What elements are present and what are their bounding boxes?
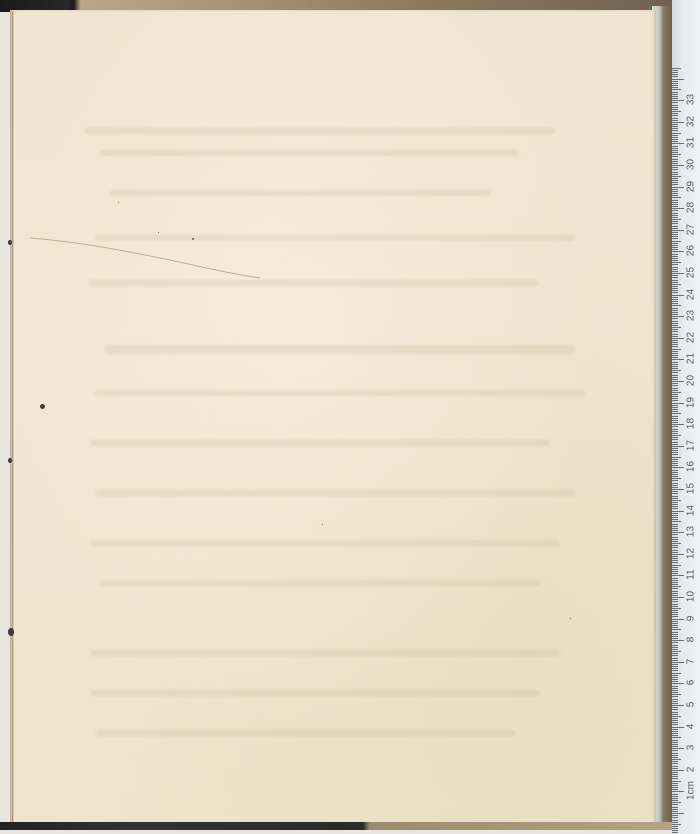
ruler-tick (672, 148, 678, 149)
ruler-tick (672, 783, 678, 784)
ruler-tick (672, 420, 678, 421)
ruler-tick (672, 405, 678, 406)
gutter-fold-line (12, 12, 13, 824)
ruler-label: 5 (686, 697, 697, 713)
ruler-tick (672, 740, 678, 741)
ruler-tick (672, 625, 678, 626)
ruler-label: 29 (686, 178, 697, 194)
ruler-tick (672, 532, 684, 533)
ruler-label: 23 (686, 308, 697, 324)
ruler-tick (672, 791, 684, 792)
ruler-tick (672, 284, 681, 285)
ruler-tick (672, 141, 678, 142)
ruler-tick (672, 670, 678, 671)
ruler-tick (672, 431, 678, 432)
ruler-tick (672, 411, 678, 412)
ruler-tick (672, 316, 684, 317)
ruler-tick (672, 325, 678, 326)
ruler-tick (672, 802, 681, 803)
ruler-tick (672, 299, 678, 300)
ruler-tick (672, 124, 678, 125)
ruler-tick (672, 271, 678, 272)
ruler-tick (672, 457, 681, 458)
ruler-tick (672, 273, 684, 274)
ruler-tick (672, 623, 678, 624)
ruler-tick (672, 396, 678, 397)
ruler-tick (672, 627, 678, 628)
ruler-label: 20 (686, 373, 697, 389)
ruler-tick (672, 424, 684, 425)
ruler-tick (672, 429, 678, 430)
ruler-tick (672, 362, 678, 363)
ruler-tick (672, 182, 678, 183)
ruler-tick (672, 392, 681, 393)
ruler-tick (672, 269, 678, 270)
ruler-tick (672, 275, 678, 276)
ruler-tick (672, 761, 678, 762)
ruler-tick (672, 353, 678, 354)
ruler-tick (672, 113, 678, 114)
ruler-tick (672, 305, 681, 306)
ruler-tick (672, 515, 678, 516)
ruler-tick (672, 254, 678, 255)
ruler-tick (672, 470, 678, 471)
ruler-tick (672, 608, 681, 609)
ruler-tick (672, 694, 681, 695)
ruler-tick (672, 524, 678, 525)
ruler-tick (672, 673, 681, 674)
ruler-tick (672, 662, 684, 663)
ruler-tick (672, 822, 678, 823)
ruler-label: 24 (686, 286, 697, 302)
ruler-label: 33 (686, 92, 697, 108)
ruler-tick (672, 280, 678, 281)
ruler-tick (672, 496, 678, 497)
ruler-tick (672, 215, 678, 216)
ruler-tick (672, 258, 678, 259)
ruler-label: 2 (686, 761, 697, 777)
ruler-tick (672, 433, 678, 434)
ruler-tick (672, 370, 681, 371)
ruler-tick (672, 677, 678, 678)
ruler-label: 6 (686, 675, 697, 691)
ruler-tick (672, 323, 678, 324)
ruler-tick (672, 502, 678, 503)
ruler-tick (672, 504, 678, 505)
ruler-tick (672, 560, 678, 561)
ruler-tick (672, 815, 678, 816)
ruler-tick (672, 794, 678, 795)
ruler-tick (672, 804, 678, 805)
ruler-tick (672, 122, 684, 123)
ruler-tick (672, 238, 678, 239)
paper-speck (570, 618, 571, 619)
ruler-tick (672, 418, 678, 419)
ruler-tick (672, 375, 678, 376)
ruler-tick (672, 483, 678, 484)
ruler-tick (672, 467, 684, 468)
ruler-tick (672, 724, 678, 725)
ruler-label: 9 (686, 610, 697, 626)
ruler-tick (672, 245, 678, 246)
ruler-tick (672, 640, 684, 641)
binding-stitch-hole (40, 404, 45, 409)
ruler-tick (672, 213, 678, 214)
ruler-tick (672, 692, 678, 693)
ruler-tick (672, 757, 678, 758)
ruler-tick (672, 716, 681, 717)
ruler-tick (672, 478, 681, 479)
ruler-tick (672, 530, 678, 531)
ruler-tick (672, 513, 678, 514)
ruler-tick (672, 593, 678, 594)
ruler-label: 21 (686, 351, 697, 367)
ruler-tick (672, 301, 678, 302)
ruler-tick (672, 727, 684, 728)
ruler-tick (672, 824, 681, 825)
ruler-label: 3 (686, 740, 697, 756)
ruler-tick (672, 413, 681, 414)
ruler-tick (672, 146, 678, 147)
ruler-tick (672, 472, 678, 473)
ruler-tick (672, 251, 684, 252)
ruler-tick (672, 189, 678, 190)
ruler-tick (672, 578, 678, 579)
ruler-tick (672, 763, 678, 764)
ruler-tick (672, 789, 678, 790)
blank-page (10, 10, 656, 825)
ruler-tick (672, 210, 678, 211)
ruler-tick (672, 120, 678, 121)
ruler-tick (672, 735, 678, 736)
ruler-tick (672, 204, 678, 205)
ruler-tick (672, 83, 678, 84)
ruler-tick (672, 115, 678, 116)
ruler-tick (672, 668, 678, 669)
ruler-tick (672, 573, 678, 574)
ruler-tick (672, 409, 678, 410)
ruler-tick (672, 634, 678, 635)
ruler-tick (672, 493, 678, 494)
ruler-tick (672, 267, 678, 268)
ruler-label: 25 (686, 265, 697, 281)
book-page-scan: 1cm2345678910111213141516171819202122232… (0, 0, 700, 834)
ruler-tick (672, 364, 678, 365)
ruler-tick (672, 599, 678, 600)
ruler-tick (672, 288, 678, 289)
ruler-tick (672, 778, 678, 779)
ruler-tick (672, 660, 678, 661)
ruler-tick (672, 474, 678, 475)
ruler-tick (672, 318, 678, 319)
ruler-tick (672, 130, 678, 131)
ruler-label: 27 (686, 221, 697, 237)
ruler-tick (672, 178, 678, 179)
ruler-tick (672, 552, 678, 553)
ruler-tick (672, 770, 684, 771)
ruler-tick (672, 351, 678, 352)
ruler-tick (672, 381, 684, 382)
ruler-tick (672, 368, 678, 369)
ruler-label: 13 (686, 524, 697, 540)
ruler-tick (672, 331, 678, 332)
ruler-label: 30 (686, 157, 697, 173)
ruler-tick (672, 705, 684, 706)
ruler-tick (672, 249, 678, 250)
paper-speck (118, 202, 119, 203)
ruler-tick (672, 485, 678, 486)
ruler-tick (672, 712, 678, 713)
ruler-tick (672, 750, 678, 751)
ruler-tick (672, 446, 684, 447)
ruler-tick (672, 772, 678, 773)
ruler-tick (672, 506, 678, 507)
ruler-tick (672, 748, 684, 749)
ruler-tick (672, 243, 678, 244)
ruler-tick (672, 487, 678, 488)
ruler-tick (672, 832, 678, 833)
ruler-tick (672, 290, 678, 291)
ruler-tick (672, 690, 678, 691)
ruler-tick (672, 156, 678, 157)
ruler-tick (672, 595, 678, 596)
ruler-tick (672, 701, 678, 702)
ruler-tick (672, 195, 678, 196)
ruler-tick (672, 102, 678, 103)
ruler-tick (672, 236, 678, 237)
ruler-tick (672, 208, 684, 209)
paper-crease (10, 10, 656, 825)
ruler-tick (672, 379, 678, 380)
ruler-tick (672, 357, 678, 358)
ruler-tick (672, 781, 681, 782)
ruler-tick (672, 722, 678, 723)
ruler-tick (672, 699, 678, 700)
ruler-tick (672, 651, 681, 652)
ruler-tick (672, 817, 678, 818)
ruler-tick (672, 314, 678, 315)
ruler-tick (672, 753, 678, 754)
ruler-tick (672, 629, 681, 630)
ruler-tick (672, 582, 678, 583)
ruler-tick (672, 521, 681, 522)
ruler-tick (672, 81, 678, 82)
ruler-tick (672, 96, 678, 97)
ruler-tick (672, 774, 678, 775)
ruler-tick (672, 334, 678, 335)
ruler-tick (672, 342, 678, 343)
ruler-tick (672, 614, 678, 615)
ruler-tick (672, 292, 678, 293)
ruler-tick (672, 820, 678, 821)
ruler-tick (672, 439, 678, 440)
ruler-tick (672, 260, 678, 261)
ruler-tick (672, 558, 678, 559)
ruler-tick (672, 400, 678, 401)
ruler-tick (672, 383, 678, 384)
ruler-tick (672, 310, 678, 311)
ruler-tick (672, 450, 678, 451)
ruler-tick (672, 416, 678, 417)
ruler-tick (672, 202, 678, 203)
ruler-tick (672, 377, 678, 378)
ruler-tick (672, 830, 678, 831)
ruler-tick (672, 785, 678, 786)
ruler-tick (672, 658, 678, 659)
ruler-tick (672, 105, 678, 106)
ruler-tick (672, 264, 678, 265)
ruler-tick (672, 653, 678, 654)
ruler-tick (672, 154, 681, 155)
ruler-tick (672, 143, 684, 144)
ruler-label: 32 (686, 113, 697, 129)
ruler-tick (672, 517, 678, 518)
ruler-tick (672, 286, 678, 287)
ruler-tick (672, 344, 678, 345)
ruler-tick (672, 610, 678, 611)
ruler-tick (672, 575, 684, 576)
ruler-tick (672, 137, 678, 138)
ruler-tick (672, 664, 678, 665)
ruler-tick (672, 135, 678, 136)
ruler-tick (672, 355, 678, 356)
ruler-tick (672, 92, 678, 93)
ruler-tick (672, 394, 678, 395)
ruler-tick (672, 550, 678, 551)
ruler-tick (672, 683, 684, 684)
ruler-tick (672, 191, 678, 192)
ruler-tick (672, 426, 678, 427)
ruler-tick (672, 184, 678, 185)
paper-speck (158, 232, 159, 233)
ruler-tick (672, 176, 681, 177)
ruler-label: 22 (686, 329, 697, 345)
ruler-tick (672, 372, 678, 373)
ruler-tick (672, 597, 684, 598)
ruler-tick (672, 256, 678, 257)
ruler-tick (672, 98, 678, 99)
ruler-tick (672, 463, 678, 464)
ruler-tick (672, 321, 678, 322)
ruler-tick (672, 165, 684, 166)
ruler-tick (672, 459, 678, 460)
ruler-tick (672, 768, 678, 769)
ruler-tick (672, 714, 678, 715)
ruler-tick (672, 554, 684, 555)
ruler-tick (672, 746, 678, 747)
ruler-tick (672, 422, 678, 423)
ruler-tick (672, 133, 681, 134)
ruler-tick (672, 709, 678, 710)
ruler-tick (672, 398, 678, 399)
ruler-tick (672, 604, 678, 605)
ruler-tick (672, 696, 678, 697)
ruler-tick (672, 169, 678, 170)
ruler-tick (672, 109, 678, 110)
ruler-tick (672, 366, 678, 367)
ruler-tick (672, 567, 678, 568)
ruler-tick (672, 200, 678, 201)
ruler-label: 12 (686, 545, 697, 561)
ruler-tick (672, 85, 678, 86)
ruler-tick (672, 707, 678, 708)
ruler-tick (672, 826, 678, 827)
ruler-label: 10 (686, 589, 697, 605)
ruler-tick (672, 688, 678, 689)
ruler-tick (672, 100, 684, 101)
binding-stitch-hole (8, 628, 14, 636)
ruler-tick (672, 500, 681, 501)
ruler-tick (672, 755, 678, 756)
ruler-tick (672, 187, 684, 188)
ruler-tick (672, 666, 678, 667)
ruler-tick (672, 584, 678, 585)
ruler-tick (672, 444, 678, 445)
ruler-tick (672, 111, 681, 112)
ruler-tick (672, 193, 678, 194)
ruler-tick (672, 766, 678, 767)
ruler-tick (672, 159, 678, 160)
ruler-label: 26 (686, 243, 697, 259)
ruler-tick (672, 118, 678, 119)
ruler-label: 19 (686, 394, 697, 410)
ruler-tick (672, 526, 678, 527)
ruler-tick (672, 226, 678, 227)
ruler-tick (672, 508, 678, 509)
ruler-tick (672, 645, 678, 646)
ruler-tick (672, 163, 678, 164)
ruler-tick (672, 649, 678, 650)
ruler-tick (672, 435, 681, 436)
ruler-tick (672, 541, 678, 542)
ruler-tick (672, 223, 678, 224)
ruler-tick (672, 733, 678, 734)
ruler-tick (672, 297, 678, 298)
ruler-tick (672, 461, 678, 462)
ruler-tick (672, 638, 678, 639)
paper-speck (192, 238, 194, 240)
ruler-tick (672, 452, 678, 453)
ruler-tick (672, 407, 678, 408)
ruler-tick (672, 308, 678, 309)
ruler-tick (672, 230, 684, 231)
ruler-tick (672, 813, 684, 814)
ruler-tick (672, 338, 684, 339)
ruler-tick (672, 759, 681, 760)
ruler-tick (672, 74, 678, 75)
ruler-tick (672, 454, 678, 455)
ruler-tick (672, 543, 681, 544)
ruler-label: 31 (686, 135, 697, 151)
ruler-label: 14 (686, 502, 697, 518)
ruler-tick (672, 241, 681, 242)
ruler-tick (672, 329, 678, 330)
ruler-tick (672, 340, 678, 341)
ruler-tick (672, 465, 678, 466)
ruler-tick (672, 234, 678, 235)
measurement-ruler: 1cm2345678910111213141516171819202122232… (672, 0, 700, 834)
ruler-tick (672, 686, 678, 687)
ruler-tick (672, 403, 684, 404)
ruler-tick (672, 172, 678, 173)
ruler-tick (672, 807, 678, 808)
ruler-tick (672, 489, 684, 490)
ruler-label: 17 (686, 437, 697, 453)
ruler-tick (672, 174, 678, 175)
ruler-tick (672, 681, 678, 682)
ruler-tick (672, 126, 678, 127)
ruler-label: 11 (686, 567, 697, 583)
